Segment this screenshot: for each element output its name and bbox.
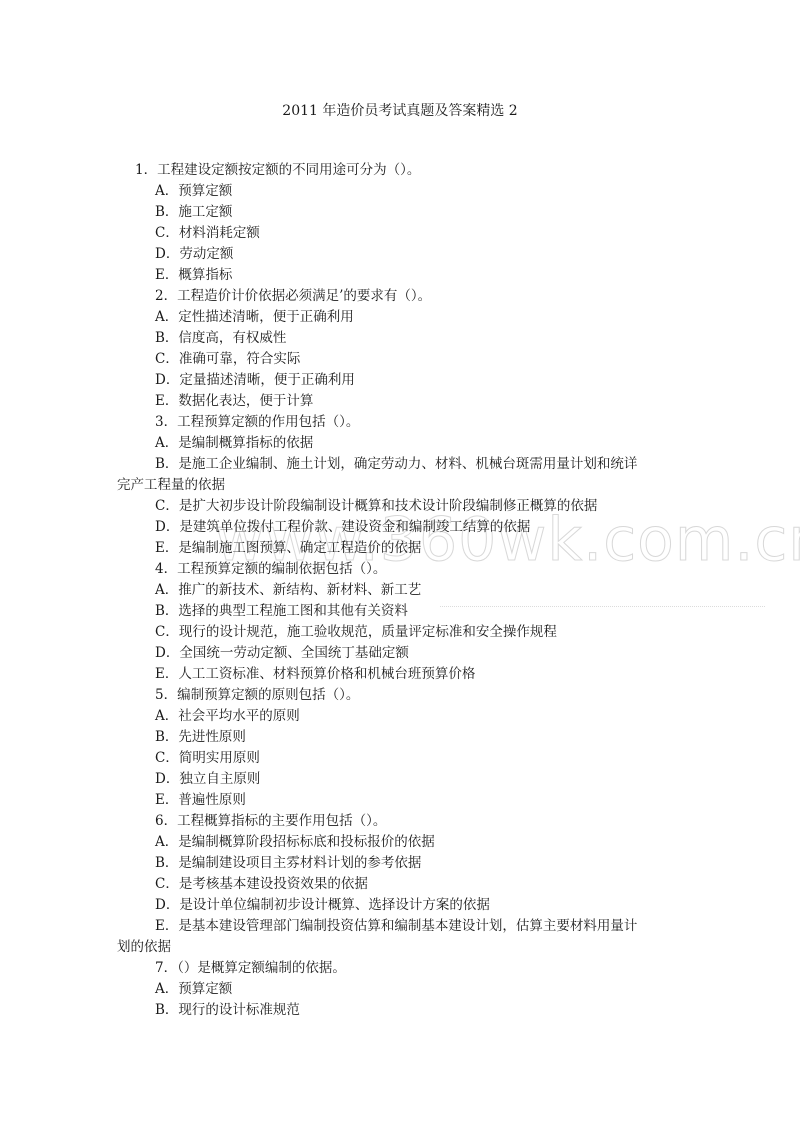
text-line: C．现行的设计规范，施工验收规范，质量评定标准和安全操作规程 bbox=[117, 622, 677, 643]
text-line: C．是考核基本建设投资效果的依据 bbox=[117, 874, 677, 895]
text-line: B．是施工企业编制、施土计划，确定劳动力、材料、机械台斑需用量计划和统详 bbox=[117, 454, 677, 475]
text-line: E．人工工资标准、材料预算价格和机械台班预算价格 bbox=[117, 664, 677, 685]
text-line: D．独立自主原则 bbox=[117, 769, 677, 790]
text-line: D．是设计单位编制初步设计概算、选择设计方案的依据 bbox=[117, 895, 677, 916]
text-line: D．定量描述清晰，便于正确利用 bbox=[117, 370, 677, 391]
text-line: B．是编制建设项目主雰材料计划的参考依据 bbox=[117, 853, 677, 874]
text-line: 4．工程预算定额的编制依据包括（）。 bbox=[117, 559, 677, 580]
text-line: C．材料消耗定额 bbox=[117, 223, 677, 244]
text-line: 完产工程量的依据 bbox=[117, 475, 677, 496]
text-line: B．信度高，有权威性 bbox=[117, 328, 677, 349]
text-line: B．施工定额 bbox=[117, 202, 677, 223]
text-line: B．现行的设计标准规范 bbox=[117, 1000, 677, 1021]
text-line: E．普遍性原则 bbox=[117, 790, 677, 811]
text-line: E．是基本建设管理部门编制投资估算和编制基本建设计划，估算主要材料用量计 bbox=[117, 916, 677, 937]
text-line: 1．工程建设定额按定额的不同用途可分为（）。 bbox=[117, 160, 677, 181]
text-line: A．预算定额 bbox=[117, 181, 677, 202]
text-line: E．数据化表达，便于计算 bbox=[117, 391, 677, 412]
text-line: A．是编制概算指标的依据 bbox=[117, 433, 677, 454]
text-line: 2．工程造价计价依据必须满足’的要求有（）。 bbox=[117, 286, 677, 307]
text-line: D．是建筑单位拨付工程价款、建设资金和编制竣工结算的依据 bbox=[117, 517, 677, 538]
text-line: B．先进性原则 bbox=[117, 727, 677, 748]
text-line: C．是扩大初步设计阶段编制设计概算和技术设计阶段编制修正概算的依据 bbox=[117, 496, 677, 517]
text-line: 6．工程概算指标的主要作用包括（）。 bbox=[117, 811, 677, 832]
text-line: B．选择的典型工程施工图和其他有关资料 bbox=[117, 601, 677, 622]
text-line: 7．（）是概算定额编制的依据。 bbox=[117, 958, 677, 979]
text-line: C．简明实用原则 bbox=[117, 748, 677, 769]
text-line: E．是编制施工图预算、确定工程造价的依据 bbox=[117, 538, 677, 559]
text-line: A．推广的新技术、新结构、新材料、新工艺 bbox=[117, 580, 677, 601]
text-line: A．预算定额 bbox=[117, 979, 677, 1000]
text-line: 5．编制预算定额的原则包括（）。 bbox=[117, 685, 677, 706]
text-line: D．全国统一劳动定额、全国统丁基础定额 bbox=[117, 643, 677, 664]
text-line: A．社会平均水平的原则 bbox=[117, 706, 677, 727]
text-line: E．概算指标 bbox=[117, 265, 677, 286]
text-line: 3．工程预算定额的作用包括（）。 bbox=[117, 412, 677, 433]
document-title: 2011 年造价员考试真题及答案精选 2 bbox=[0, 101, 800, 121]
text-line: D．劳动定额 bbox=[117, 244, 677, 265]
text-line: C．准确可靠，符合实际 bbox=[117, 349, 677, 370]
text-line: A．定性描述清晰，便于正确利用 bbox=[117, 307, 677, 328]
document-body: 1．工程建设定额按定额的不同用途可分为（）。A．预算定额B．施工定额C．材料消耗… bbox=[117, 160, 677, 1021]
text-line: A．是编制概算阶段招标标底和投标报价的依据 bbox=[117, 832, 677, 853]
text-line: 划的依据 bbox=[117, 937, 677, 958]
